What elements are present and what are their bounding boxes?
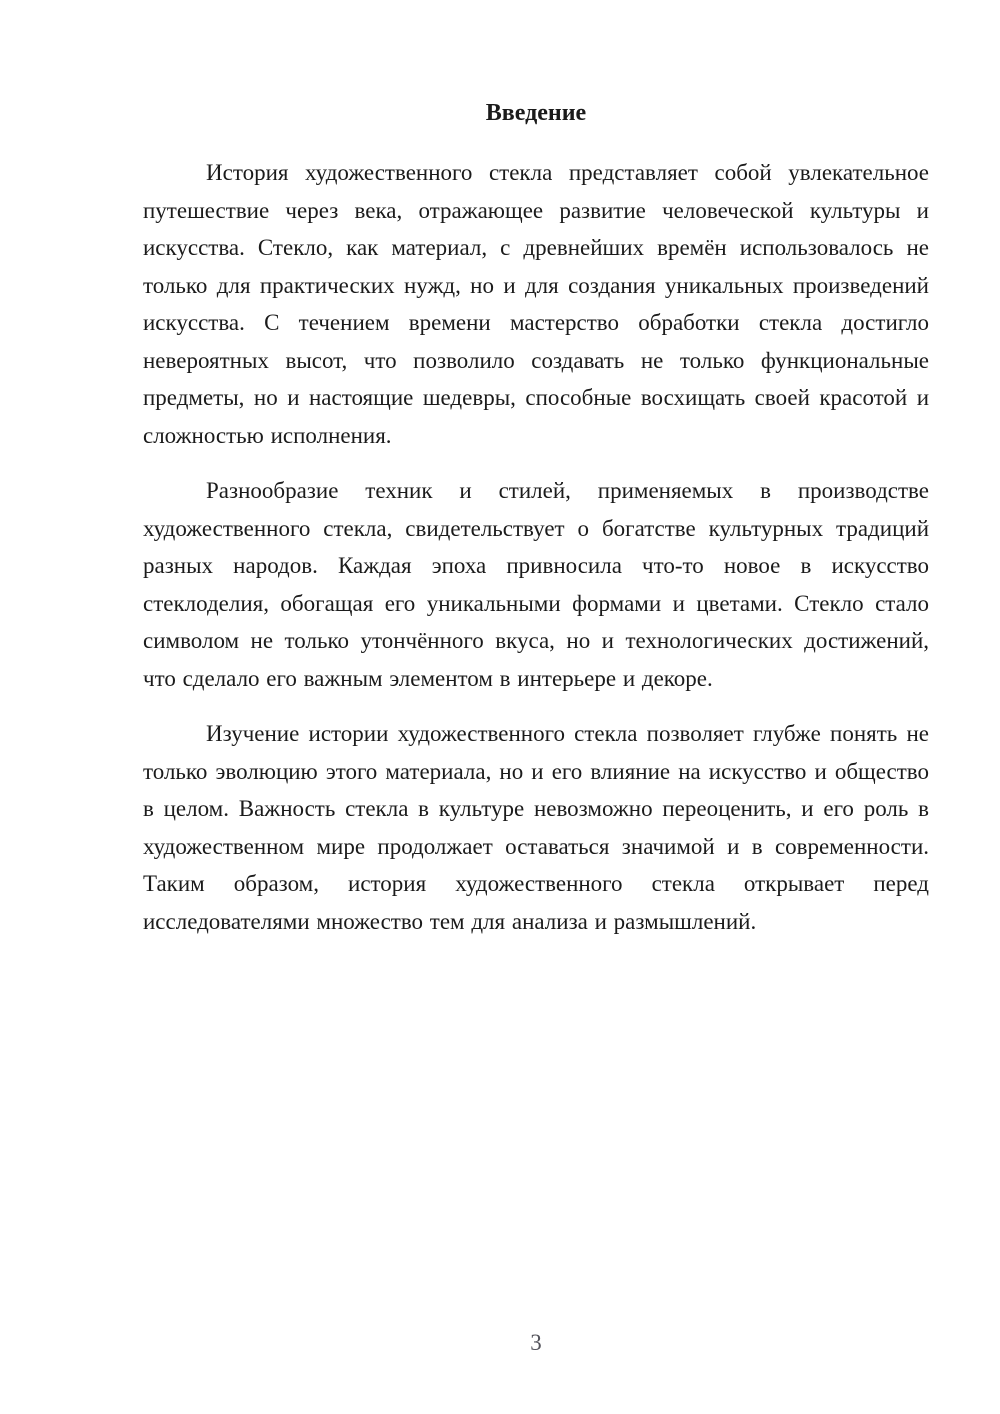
page-number: 3 xyxy=(143,1328,929,1358)
page-title: Введение xyxy=(143,95,929,132)
document-page: Введение История художественного стекла … xyxy=(0,0,1000,1414)
paragraph-3: Изучение истории художественного стекла … xyxy=(143,715,929,940)
paragraph-2: Разнообразие техник и стилей, применяемы… xyxy=(143,472,929,697)
paragraph-1: История художественного стекла представл… xyxy=(143,154,929,454)
